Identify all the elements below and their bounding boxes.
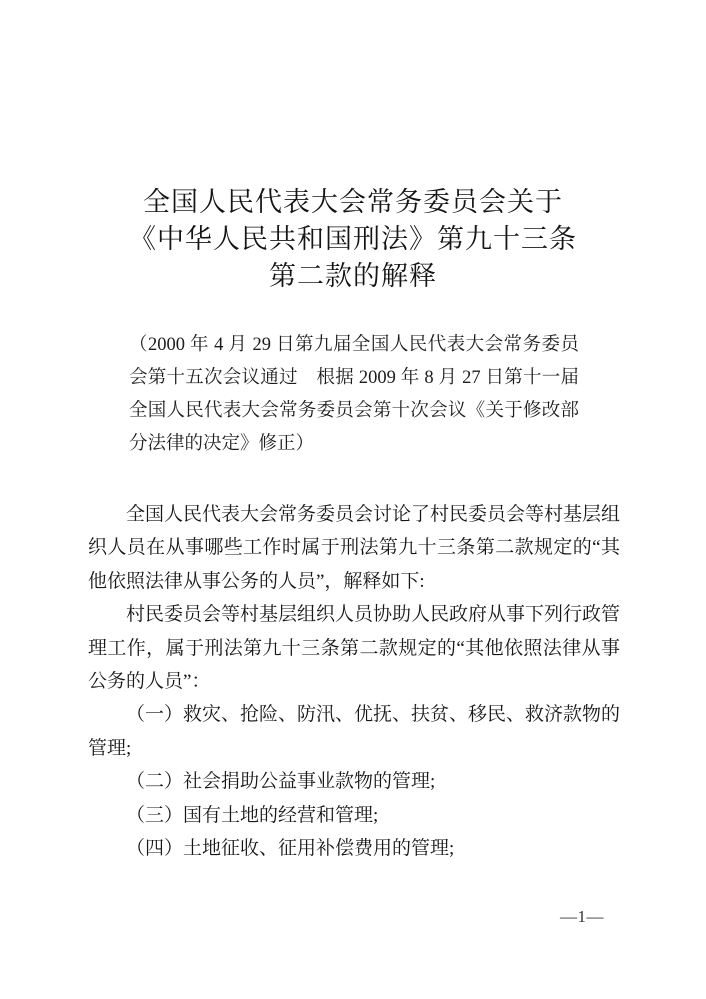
document-page: 全国人民代表大会常务委员会关于 《中华人民共和国刑法》第九十三条 第二款的解释 … [0, 0, 706, 999]
list-item-3: （三）国有土地的经营和管理; [88, 799, 620, 832]
body-paragraph-scope: 村民委员会等村基层组织人员协助人民政府从事下列行政管理工作，属于刑法第九十三条第… [88, 598, 620, 698]
document-title-line-1: 全国人民代表大会常务委员会关于 [0, 184, 706, 221]
document-title-line-3: 第二款的解释 [0, 258, 706, 295]
list-item-1: （一）救灾、抢险、防汛、优抚、扶贫、移民、救济款物的管理; [88, 698, 620, 765]
document-title-line-2: 《中华人民共和国刑法》第九十三条 [0, 221, 706, 258]
page-number: —1— [0, 906, 604, 928]
enactment-note: （2000 年 4 月 29 日第九届全国人民代表大会常务委员会第十五次会议通过… [129, 329, 579, 461]
list-item-4: （四）土地征收、征用补偿费用的管理; [88, 832, 620, 865]
list-item-2: （二）社会捐助公益事业款物的管理; [88, 765, 620, 798]
document-title: 全国人民代表大会常务委员会关于 《中华人民共和国刑法》第九十三条 第二款的解释 [0, 184, 706, 295]
body-paragraph-intro: 全国人民代表大会常务委员会讨论了村民委员会等村基层组织人员在从事哪些工作时属于刑… [88, 498, 620, 598]
document-body: 全国人民代表大会常务委员会讨论了村民委员会等村基层组织人员在从事哪些工作时属于刑… [88, 498, 620, 865]
